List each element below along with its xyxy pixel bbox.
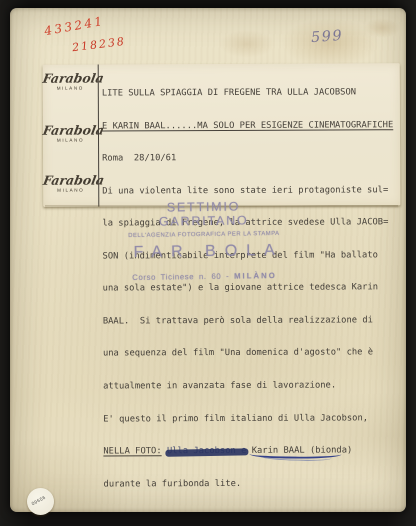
caption-body-line: una sequenza del film "Una domenica d'ag…: [103, 348, 399, 360]
farabola-logo-city: MILANO: [43, 188, 98, 193]
farabola-logo-name: Farabola: [42, 125, 99, 137]
stamp-address: Corso Ticinese n. 60 -: [132, 272, 234, 282]
stamp-city: MILÀNO: [234, 271, 277, 281]
caption-label: Farabola MILANO Farabola MILANO Farabola…: [43, 63, 401, 207]
stamp-photographer-name: SETTIMIO GARRITANO: [119, 199, 287, 229]
photo-paper-verso: 433241 218238 599 Farabola MILANO Farabo…: [10, 8, 406, 512]
farabola-logo: Farabola MILANO: [43, 125, 98, 143]
caption-body-line: Di una violenta lite sono state ieri pro…: [102, 185, 398, 197]
sticker-code: 09656: [31, 495, 47, 507]
caption-title-line-2: E KARIN BAAL......MA SOLO PER ESIGENZE C…: [102, 120, 398, 132]
farabola-logo: Farabola MILANO: [43, 175, 98, 193]
agency-logo-strip: Farabola MILANO Farabola MILANO Farabola…: [43, 65, 100, 207]
round-inventory-sticker: 09656: [27, 488, 54, 515]
struck-out-name: Ulla Jacobson e: [167, 446, 246, 456]
caption-body-line: attualmente in avanzata fase di lavorazi…: [103, 380, 399, 392]
caption-photo-credit-line: NELLA FOTO: Ulla Jacobson e Karin BAAL (…: [103, 445, 399, 457]
caption-body-line: una sola estate") e la giovane attrice t…: [103, 283, 399, 295]
farabola-logo-name: Farabola: [42, 175, 99, 187]
handwritten-number-right: 599: [310, 28, 343, 46]
farabola-logo: Farabola MILANO: [43, 73, 98, 91]
caption-body-line: E' questo il primo film italiano di Ulla…: [103, 413, 399, 425]
agency-rubber-stamp: SETTIMIO GARRITANO DELL'AGENZIA FOTOGRAF…: [119, 199, 288, 282]
farabola-logo-name: Farabola: [42, 73, 99, 85]
caption-body-line: BAAL. Si trattava però sola della realiz…: [103, 315, 399, 327]
caption-dateline: Roma 28/10/61: [102, 152, 398, 164]
handwritten-archive-number-top: 433241: [43, 14, 105, 38]
farabola-logo-city: MILANO: [43, 138, 98, 143]
stamp-subtitle: DELL'AGENZIA FOTOGRAFICA PER LA STAMPA: [120, 231, 288, 239]
stamp-agency-name: FAR BOLA: [120, 242, 288, 262]
nella-foto-label: NELLA FOTO:: [103, 446, 161, 456]
handwritten-archive-number-lower: 218238: [71, 35, 126, 54]
farabola-logo-city: MILANO: [43, 86, 98, 91]
typewritten-caption: LITE SULLA SPIAGGIA DI FREGENE TRA ULLA …: [102, 66, 400, 512]
caption-title-line-1: LITE SULLA SPIAGGIA DI FREGENE TRA ULLA …: [102, 87, 398, 99]
caption-closing-line: durante la furibonda lite.: [104, 478, 400, 490]
photo-back-scan: 433241 218238 599 Farabola MILANO Farabo…: [0, 0, 416, 526]
